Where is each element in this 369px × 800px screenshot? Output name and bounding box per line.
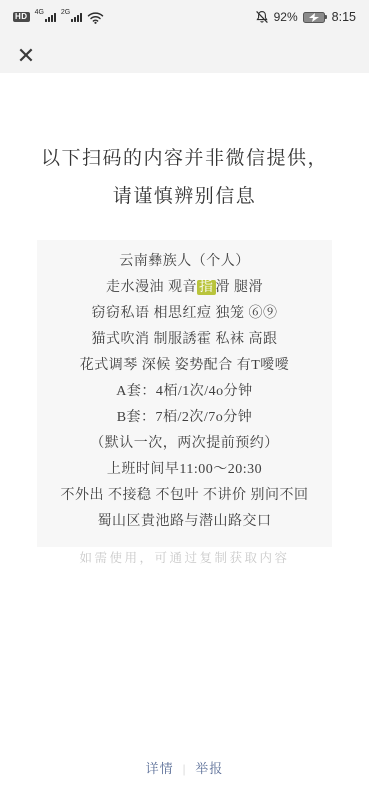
warning-line-2: 请谨慎辨别信息	[0, 178, 369, 216]
clock-time: 8:15	[332, 10, 356, 24]
signal-strength-sim1-icon: 4G	[35, 12, 56, 22]
content-line: 走水漫油 观音指滑 腿滑	[43, 275, 326, 301]
status-bar-right: 92% 8:15	[255, 10, 356, 24]
highlighted-keyword: 指	[197, 280, 216, 295]
report-link[interactable]: 举报	[195, 761, 223, 776]
signal-strength-sim2-icon: 2G	[61, 12, 82, 22]
content-line: 花式调琴 深候 姿势配合 有T噯噯	[43, 353, 326, 379]
scanned-content-box: 云南彝族人（个人）走水漫油 观音指滑 腿滑窃窃私语 相思红痘 独笼 ⑥⑨猫式吹消…	[37, 240, 332, 547]
content-line: 猫式吹消 制服誘霍 私袜 高跟	[43, 327, 326, 353]
status-bar-left: HD 4G 2G	[13, 11, 104, 24]
footer-actions: 详情|举报	[0, 758, 369, 777]
signal-bars-icon	[71, 12, 82, 22]
content-line: 上班时间早11:00～20:30	[43, 457, 326, 483]
wechat-scan-result-screen: HD 4G 2G	[0, 0, 369, 800]
content-line: 窃窃私语 相思红痘 独笼 ⑥⑨	[43, 301, 326, 327]
close-button[interactable]: ✕	[8, 38, 44, 74]
battery-percent: 92%	[274, 10, 298, 24]
sim1-network-label: 4G	[35, 9, 44, 16]
signal-bars-icon	[45, 12, 56, 22]
footer-divider: |	[183, 761, 187, 776]
content-line: 云南彝族人（个人）	[43, 249, 326, 275]
battery-charging-icon	[303, 12, 325, 23]
copy-hint-text: 如需使用，可通过复制获取内容	[0, 548, 369, 566]
wifi-icon	[87, 11, 104, 24]
content-line: 不外出 不接稳 不包叶 不讲价 别问不回	[43, 483, 326, 509]
close-icon: ✕	[17, 43, 35, 68]
warning-line-1: 以下扫码的内容并非微信提供，	[0, 140, 369, 178]
sim2-network-label: 2G	[61, 9, 70, 16]
content-line: （默认一次，两次提前预约）	[43, 431, 326, 457]
content-line: B套：7栢/2次/7o分钟	[43, 405, 326, 431]
hd-volte-icon: HD	[13, 12, 30, 22]
scan-warning-text: 以下扫码的内容并非微信提供， 请谨慎辨别信息	[0, 140, 369, 216]
details-link[interactable]: 详情	[146, 761, 174, 776]
status-bar: HD 4G 2G	[0, 0, 369, 34]
content-line: A套：4栢/1次/4o分钟	[43, 379, 326, 405]
content-line: 蜀山区貴池路与潜山路交口	[43, 509, 326, 535]
bell-muted-icon	[255, 10, 269, 24]
